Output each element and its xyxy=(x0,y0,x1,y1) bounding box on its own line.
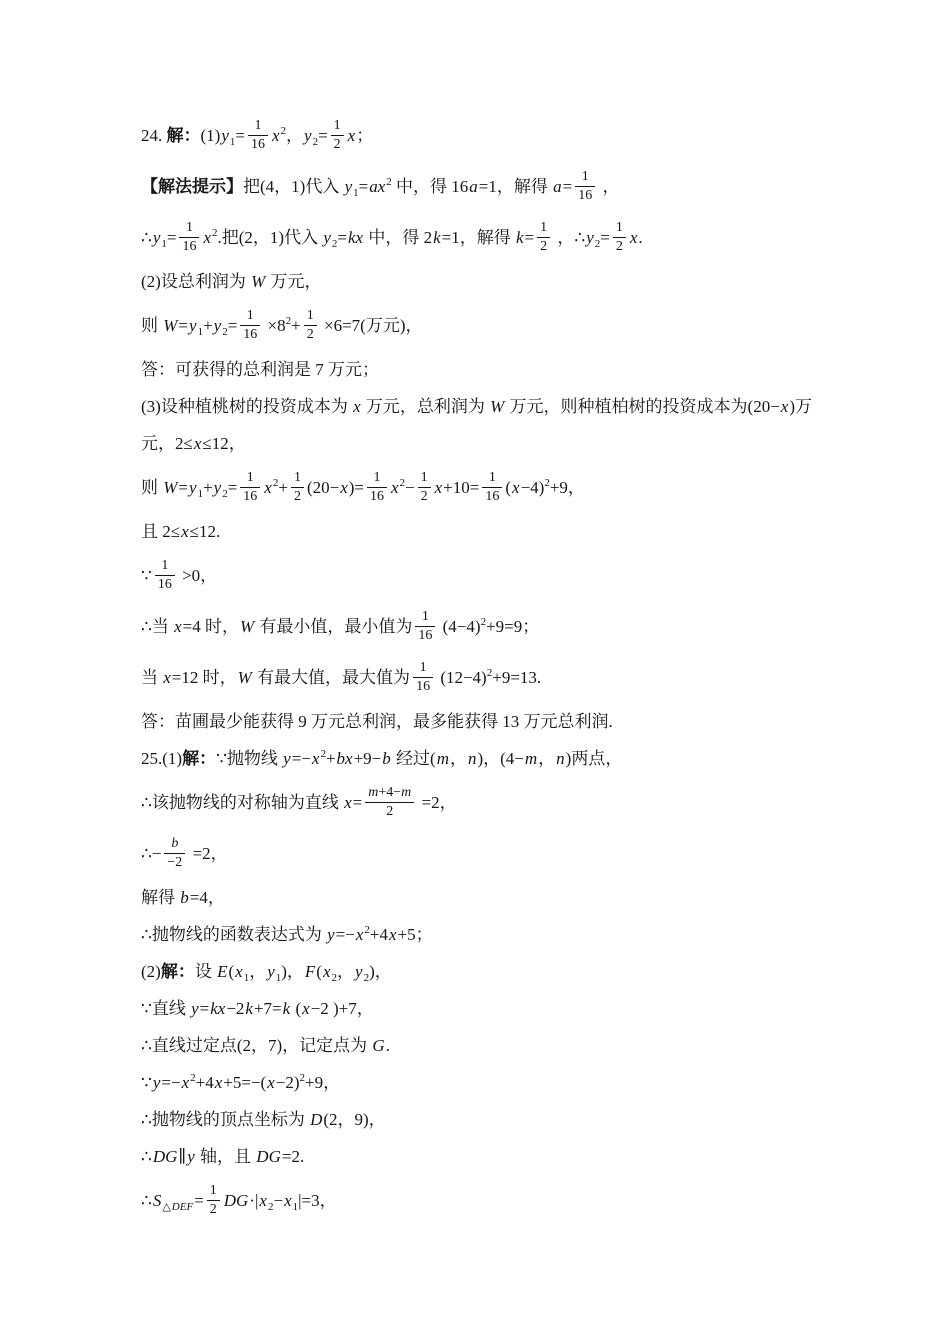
fraction: 12 xyxy=(613,220,626,255)
fraction-numerator: 1 xyxy=(413,660,433,678)
math-variable: y xyxy=(585,228,595,247)
text-run: + xyxy=(291,316,301,335)
math-variable: bx xyxy=(336,749,354,768)
fraction: 116 xyxy=(240,470,260,505)
math-variable: a xyxy=(552,177,563,196)
text-run: + xyxy=(326,749,336,768)
text-line: 且 2≤x≤12. xyxy=(141,513,911,550)
math-variable: k xyxy=(432,228,442,247)
text-run: 中，得 2 xyxy=(364,228,432,247)
text-run: (4−4) xyxy=(438,617,480,636)
fraction: 12 xyxy=(418,470,431,505)
fraction-numerator: 1 xyxy=(613,220,626,238)
fraction-numerator: m+4−m xyxy=(365,785,414,803)
fraction-numerator: 1 xyxy=(240,308,260,326)
text-run: (2，9)， xyxy=(323,1110,385,1129)
document-content: 24. 解：(1)y1=116x2，y2=12x；【解法提示】把(4，1)代入 … xyxy=(141,110,911,1226)
fraction-denominator: 2 xyxy=(304,326,317,343)
math-variable: k xyxy=(244,999,254,1018)
bold-text: 【解法提示】 xyxy=(141,177,243,196)
text-run: |=3， xyxy=(298,1191,337,1210)
text-run: = xyxy=(228,478,238,497)
fraction: m+4−m2 xyxy=(365,785,414,820)
text-run: −2 )+7， xyxy=(311,999,374,1018)
fraction: 12 xyxy=(291,470,304,505)
text-run: =1，解得 xyxy=(479,177,552,196)
text-run: =2. xyxy=(282,1147,304,1166)
fraction-numerator: 1 xyxy=(415,609,435,627)
text-run: 经过( xyxy=(392,749,436,768)
text-run: ∵ xyxy=(141,1073,152,1092)
fraction-denominator: 2 xyxy=(207,1201,220,1218)
text-run: )， xyxy=(281,962,304,981)
math-variable: x xyxy=(311,749,321,768)
text-run: +5； xyxy=(398,925,433,944)
math-variable: x xyxy=(434,478,444,497)
math-variable: y xyxy=(344,177,354,196)
text-run: = xyxy=(167,228,177,247)
math-variable: G xyxy=(371,1036,385,1055)
fraction-denominator: 2 xyxy=(331,136,344,153)
text-line: ∴抛物线的函数表达式为 y=−x2+4x+5； xyxy=(141,916,911,953)
math-variable: x xyxy=(214,1073,224,1092)
math-variable: x xyxy=(193,434,203,453)
math-variable: W xyxy=(250,272,266,291)
text-run: ×6=7(万元)， xyxy=(320,316,423,335)
fraction-numerator: 1 xyxy=(367,470,387,488)
text-run: )万 xyxy=(789,397,812,416)
text-run: 答：可获得的总利润是 7 万元； xyxy=(141,360,379,379)
math-variable: m xyxy=(524,749,538,768)
text-run: ； xyxy=(356,126,373,145)
math-variable: k xyxy=(282,999,292,1018)
math-variable: x xyxy=(181,1073,191,1092)
math-variable: x xyxy=(271,126,281,145)
text-run: ∵直线 xyxy=(141,999,190,1018)
math-variable: b xyxy=(179,888,190,907)
math-variable: y xyxy=(303,126,313,145)
text-run: =4， xyxy=(190,888,225,907)
fraction-numerator: 1 xyxy=(240,470,260,488)
text-run: 解得 xyxy=(141,888,179,907)
text-run: = xyxy=(359,177,369,196)
math-variable: x xyxy=(266,1073,276,1092)
fraction: b−2 xyxy=(164,836,185,871)
subscript: △DEF xyxy=(162,1201,194,1213)
text-line: ∴DG∥y 轴，且 DG=2. xyxy=(141,1138,911,1175)
text-run: ， xyxy=(337,962,354,981)
text-run: ∴直线过定点(2，7)，记定点为 xyxy=(141,1036,371,1055)
text-run: ， xyxy=(450,749,467,768)
text-run: )，(4− xyxy=(477,749,523,768)
math-variable: x xyxy=(301,999,311,1018)
text-run: 轴，且 xyxy=(196,1147,256,1166)
text-line: (2)设总利润为 W 万元， xyxy=(141,263,911,300)
text-run: = xyxy=(178,478,188,497)
fraction: 116 xyxy=(248,118,268,153)
text-run: + xyxy=(278,478,288,497)
math-variable: y xyxy=(186,1147,196,1166)
text-run: 且 2≤ xyxy=(141,522,180,541)
text-run: .把(2，1)代入 xyxy=(218,228,323,247)
text-run: )两点， xyxy=(566,749,623,768)
text-run: ，∴ xyxy=(553,228,585,247)
bold-text: 解： xyxy=(161,962,195,981)
text-run: ， xyxy=(249,962,266,981)
fraction-denominator: 2 xyxy=(613,238,626,255)
math-variable: DG xyxy=(152,1147,179,1166)
fraction-denominator: 16 xyxy=(240,488,260,505)
text-run: ， xyxy=(598,177,619,196)
text-line: (2)解：设 E(x1，y1)，F(x2，y2)， xyxy=(141,953,911,990)
text-run: ∴− xyxy=(141,844,161,863)
text-run: (12−4) xyxy=(436,668,487,687)
math-variable: x xyxy=(322,962,332,981)
fraction: 116 xyxy=(240,308,260,343)
math-variable: y xyxy=(213,478,223,497)
math-variable: W xyxy=(162,478,178,497)
math-variable: y xyxy=(152,228,162,247)
math-variable: n xyxy=(555,749,566,768)
fraction-numerator: 1 xyxy=(418,470,431,488)
text-run: =2， xyxy=(188,844,227,863)
fraction: 12 xyxy=(304,308,317,343)
math-variable: x xyxy=(629,228,639,247)
text-run: +7= xyxy=(254,999,282,1018)
text-run: +4− xyxy=(378,785,401,800)
math-variable: DG xyxy=(255,1147,282,1166)
math-variable: x xyxy=(202,228,212,247)
text-run: 答：苗圃最少能获得 9 万元总利润，最多能获得 13 万元总利润. xyxy=(141,712,613,731)
fraction-denominator: 16 xyxy=(575,187,595,204)
math-variable: E xyxy=(216,962,228,981)
text-line: ∴该抛物线的对称轴为直线 x=m+4−m2 =2， xyxy=(141,777,911,828)
fraction-denominator: 16 xyxy=(155,576,175,593)
text-run: 当 xyxy=(141,668,162,687)
math-variable: D xyxy=(309,1110,323,1129)
text-run: +5=−( xyxy=(223,1073,266,1092)
math-variable: b xyxy=(171,836,178,851)
text-line: 答：苗圃最少能获得 9 万元总利润，最多能获得 13 万元总利润. xyxy=(141,703,911,740)
text-line: ∴直线过定点(2，7)，记定点为 G. xyxy=(141,1027,911,1064)
text-run: = xyxy=(525,228,535,247)
text-run: = xyxy=(194,1191,204,1210)
math-variable: y xyxy=(322,228,332,247)
math-variable: W xyxy=(239,617,255,636)
fraction-denominator: 16 xyxy=(248,136,268,153)
text-run: =1，解得 xyxy=(442,228,515,247)
fraction-denominator: 2 xyxy=(418,488,431,505)
text-run: ∴当 xyxy=(141,617,173,636)
text-run: ≤12， xyxy=(202,434,245,453)
text-run: =2， xyxy=(417,793,456,812)
fraction-numerator: 1 xyxy=(575,169,595,187)
math-variable: y xyxy=(190,999,200,1018)
bold-text: 解： xyxy=(182,749,216,768)
math-variable: y xyxy=(188,316,198,335)
text-run: 万元，则种植柏树的投资成本为(20− xyxy=(505,397,780,416)
math-variable: x xyxy=(283,1191,293,1210)
math-variable: n xyxy=(467,749,478,768)
text-run: ∴该抛物线的对称轴为直线 xyxy=(141,793,343,812)
text-line: ∵y=−x2+4x+5=−(x−2)2+9， xyxy=(141,1064,911,1101)
fraction-numerator: b xyxy=(164,836,185,854)
text-run: 万元，总利润为 xyxy=(362,397,490,416)
math-variable: y xyxy=(326,925,336,944)
fraction-denominator: 2 xyxy=(365,803,414,820)
text-run: = xyxy=(178,316,188,335)
text-run: )= xyxy=(349,478,364,497)
fraction-denominator: 2 xyxy=(291,488,304,505)
math-variable: x xyxy=(263,478,273,497)
math-variable: x xyxy=(388,925,398,944)
math-variable: kx xyxy=(209,999,226,1018)
text-run: +9− xyxy=(354,749,382,768)
math-variable: x xyxy=(780,397,790,416)
text-run: =− xyxy=(161,1073,180,1092)
text-run: = xyxy=(228,316,238,335)
text-run: 有最大值，最大值为 xyxy=(253,668,410,687)
text-line: ∴−b−2 =2， xyxy=(141,828,911,879)
math-variable: x xyxy=(511,478,521,497)
text-run: ×8 xyxy=(263,316,285,335)
math-variable: x xyxy=(173,617,183,636)
fraction-numerator: 1 xyxy=(179,220,199,238)
text-run: ≤12. xyxy=(190,522,221,541)
text-run: >0， xyxy=(178,566,217,585)
fraction-denominator: 16 xyxy=(482,488,502,505)
text-run: 则 xyxy=(141,316,162,335)
text-run: +4 xyxy=(196,1073,214,1092)
text-line: ∴抛物线的顶点坐标为 D(2，9)， xyxy=(141,1101,911,1138)
text-run: ， xyxy=(538,749,555,768)
fraction: 12 xyxy=(537,220,550,255)
document-page: 24. 解：(1)y1=116x2，y2=12x；【解法提示】把(4，1)代入 … xyxy=(0,0,950,1344)
text-line: 24. 解：(1)y1=116x2，y2=12x； xyxy=(141,110,911,161)
text-line: ∴S△DEF=12DG·|x2−x1|=3， xyxy=(141,1175,911,1226)
text-run: (2)设总利润为 xyxy=(141,272,250,291)
math-variable: kx xyxy=(347,228,364,247)
text-run: ∴ xyxy=(141,1147,152,1166)
text-line: 当 x=12 时，W 有最大值，最大值为116 (12−4)2+9=13. xyxy=(141,652,911,703)
text-run: 设 xyxy=(195,962,216,981)
fraction-numerator: 1 xyxy=(331,118,344,136)
math-variable: m xyxy=(368,785,378,800)
text-run: 则 xyxy=(141,478,162,497)
text-line: ∴当 x=4 时，W 有最小值，最小值为116 (4−4)2+9=9； xyxy=(141,601,911,652)
fraction: 116 xyxy=(367,470,387,505)
fraction-denominator: 16 xyxy=(179,238,199,255)
text-run: 元，2≤ xyxy=(141,434,193,453)
text-line: 则 W=y1+y2=116x2+12(20−x)=116x2−12x+10=11… xyxy=(141,462,911,513)
text-run: = xyxy=(563,177,573,196)
fraction: 116 xyxy=(179,220,199,255)
text-run: ( xyxy=(291,999,301,1018)
text-run: +9， xyxy=(305,1073,340,1092)
text-run: =− xyxy=(336,925,355,944)
math-variable: DG xyxy=(223,1191,250,1210)
fraction-numerator: 1 xyxy=(207,1183,220,1201)
text-run: +9=13. xyxy=(492,668,541,687)
text-run: +4 xyxy=(370,925,388,944)
fraction-numerator: 1 xyxy=(248,118,268,136)
text-run: (3)设种植桃树的投资成本为 xyxy=(141,397,352,416)
text-run: −2 xyxy=(226,999,244,1018)
text-run: ∴ xyxy=(141,228,152,247)
math-variable: W xyxy=(489,397,505,416)
math-variable: y xyxy=(188,478,198,497)
fraction-denominator: 16 xyxy=(413,678,433,695)
math-variable: y xyxy=(213,316,223,335)
fraction-denominator: 16 xyxy=(415,627,435,644)
text-run: 25.(1) xyxy=(141,749,182,768)
math-variable: y xyxy=(220,126,230,145)
math-variable: x xyxy=(343,793,353,812)
text-run: = xyxy=(353,793,363,812)
math-variable: y xyxy=(354,962,364,981)
text-run: +9=9； xyxy=(486,617,539,636)
math-variable: x xyxy=(162,668,172,687)
text-run: = xyxy=(600,228,610,247)
text-run: = xyxy=(318,126,328,145)
math-variable: m xyxy=(436,749,450,768)
text-run: +9， xyxy=(550,478,585,497)
fraction: 116 xyxy=(575,169,595,204)
text-run: ∴抛物线的函数表达式为 xyxy=(141,925,326,944)
text-line: ∵116 >0， xyxy=(141,550,911,601)
math-variable: W xyxy=(162,316,178,335)
text-line: 25.(1)解：∵抛物线 y=−x2+bx+9−b 经过(m，n)，(4−m，n… xyxy=(141,740,911,777)
text-line: (3)设种植桃树的投资成本为 x 万元，总利润为 W 万元，则种植柏树的投资成本… xyxy=(141,388,911,425)
text-run: ， xyxy=(286,126,303,145)
fraction-numerator: 1 xyxy=(155,558,175,576)
text-line: 元，2≤x≤12， xyxy=(141,425,911,462)
text-run: 24. xyxy=(141,126,167,145)
math-variable: y xyxy=(152,1073,162,1092)
text-run: (2) xyxy=(141,962,161,981)
text-run: 万元， xyxy=(266,272,321,291)
text-run: 把(4，1)代入 xyxy=(243,177,344,196)
text-run: = xyxy=(337,228,347,247)
math-variable: x xyxy=(258,1191,268,1210)
text-run: (1) xyxy=(201,126,221,145)
text-run: . xyxy=(638,228,642,247)
math-variable: x xyxy=(339,478,349,497)
fraction-denominator: 2 xyxy=(537,238,550,255)
text-run: ∵ xyxy=(141,566,152,585)
text-run: 有最小值，最小值为 xyxy=(255,617,412,636)
text-line: ∵直线 y=kx−2k+7=k (x−2 )+7， xyxy=(141,990,911,1027)
text-run: =− xyxy=(292,749,311,768)
fraction-numerator: 1 xyxy=(537,220,550,238)
math-variable: ax xyxy=(368,177,386,196)
math-variable: x xyxy=(352,397,362,416)
fraction: 12 xyxy=(207,1183,220,1218)
math-variable: x xyxy=(234,962,244,981)
fraction-numerator: 1 xyxy=(291,470,304,488)
fraction-numerator: 1 xyxy=(304,308,317,326)
math-variable: x xyxy=(390,478,400,497)
text-run: + xyxy=(203,316,213,335)
text-run: = xyxy=(235,126,245,145)
fraction: 12 xyxy=(331,118,344,153)
fraction-numerator: 1 xyxy=(482,470,502,488)
math-variable: b xyxy=(381,749,392,768)
text-run: = xyxy=(200,999,210,1018)
math-variable: m xyxy=(401,785,411,800)
text-run: − xyxy=(405,478,415,497)
math-variable: S xyxy=(152,1191,163,1210)
text-run: =4 时， xyxy=(183,617,239,636)
text-line: 【解法提示】把(4，1)代入 y1=ax2 中，得 16a=1，解得 a=116… xyxy=(141,161,911,212)
text-run: △ xyxy=(162,1201,170,1213)
text-run: ∴抛物线的顶点坐标为 xyxy=(141,1110,309,1129)
text-run: −4) xyxy=(521,478,545,497)
text-line: 解得 b=4， xyxy=(141,879,911,916)
text-run: . xyxy=(386,1036,390,1055)
fraction-denominator: 16 xyxy=(240,326,260,343)
text-line: 答：可获得的总利润是 7 万元； xyxy=(141,351,911,388)
text-run: + xyxy=(203,478,213,497)
math-variable: y xyxy=(282,749,292,768)
math-variable: W xyxy=(237,668,253,687)
math-variable: DEF xyxy=(171,1201,194,1213)
text-run: ∴ xyxy=(141,1191,152,1210)
text-run: ∵抛物线 xyxy=(216,749,282,768)
text-run: )， xyxy=(369,962,392,981)
fraction: 116 xyxy=(482,470,502,505)
math-variable: k xyxy=(515,228,525,247)
text-run: +10= xyxy=(443,478,479,497)
fraction-denominator: 16 xyxy=(367,488,387,505)
fraction: 116 xyxy=(155,558,175,593)
text-run: − xyxy=(273,1191,283,1210)
text-line: 则 W=y1+y2=116 ×82+12 ×6=7(万元)， xyxy=(141,300,911,351)
fraction: 116 xyxy=(413,660,433,695)
fraction: 116 xyxy=(415,609,435,644)
math-variable: y xyxy=(266,962,276,981)
text-run: (20− xyxy=(307,478,339,497)
math-variable: a xyxy=(468,177,479,196)
math-variable: F xyxy=(304,962,316,981)
bold-text: 解： xyxy=(167,126,201,145)
math-variable: x xyxy=(355,925,365,944)
math-variable: x xyxy=(180,522,190,541)
fraction-denominator: −2 xyxy=(164,854,185,871)
text-run: −2) xyxy=(276,1073,300,1092)
text-run: =12 时， xyxy=(172,668,237,687)
text-line: ∴y1=116x2.把(2，1)代入 y2=kx 中，得 2k=1，解得 k=1… xyxy=(141,212,911,263)
text-run: 中，得 16 xyxy=(392,177,469,196)
math-variable: x xyxy=(347,126,357,145)
